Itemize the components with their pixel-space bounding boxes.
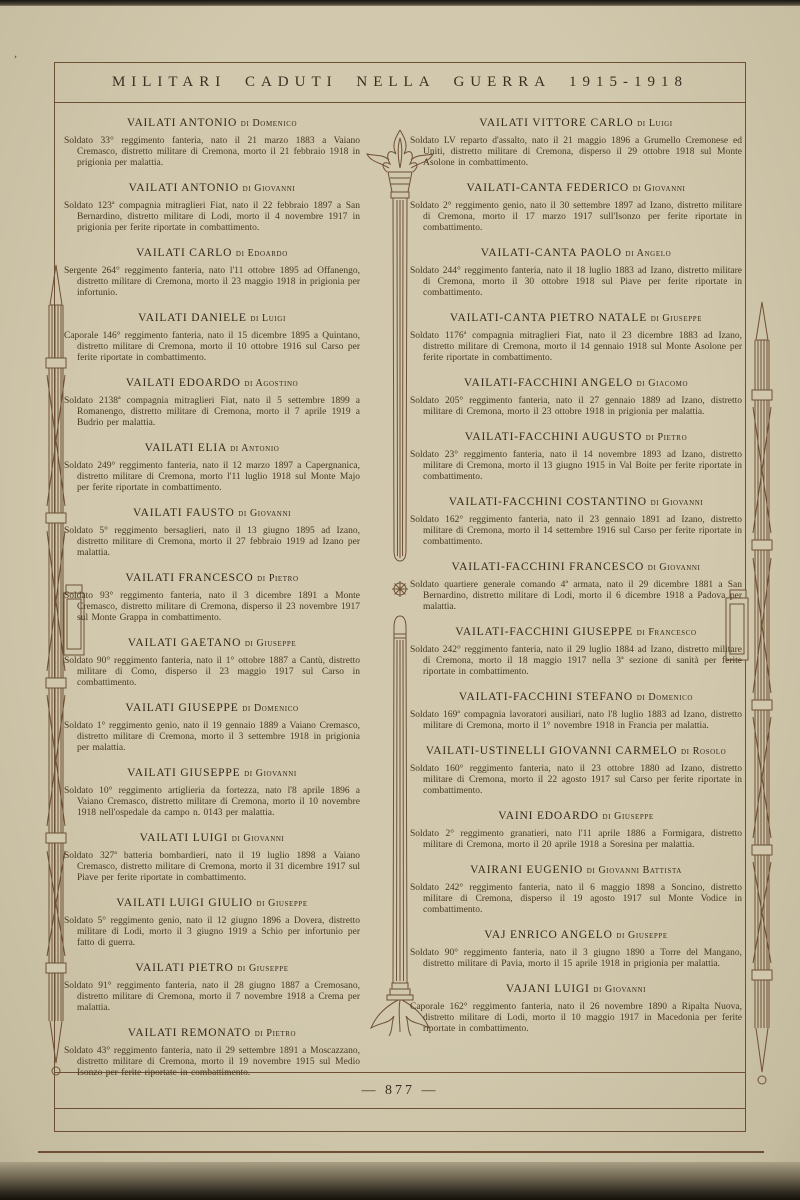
soldier-name-heading: VAILATI-FACCHINI AUGUSTO di Pietro — [410, 431, 742, 443]
soldier-name: VAJ ENRICO ANGELO — [484, 929, 612, 941]
soldier-father-name: di Domenico — [242, 703, 298, 714]
soldier-record-text: Soldato 10° reggimento artiglieria da fo… — [64, 786, 360, 819]
soldier-record-text: Soldato 162° reggimento fanteria, nato i… — [410, 515, 742, 548]
soldier-name: VAILATI EDOARDO — [126, 377, 241, 389]
soldier-name-heading: VAINI EDOARDO di Giuseppe — [410, 810, 742, 822]
soldier-name: VAILATI-FACCHINI AUGUSTO — [465, 431, 642, 443]
soldier-record-text: Soldato 90° reggimento fanteria, nato il… — [64, 656, 360, 689]
soldier-entry: VAINI EDOARDO di Giuseppe Soldato 2° reg… — [410, 810, 742, 851]
soldier-entry: VAJ ENRICO ANGELO di Giuseppe Soldato 90… — [410, 929, 742, 970]
soldier-father-name: di Giovanni — [232, 833, 285, 844]
soldier-record-text: Soldato 1° reggimento genio, nato il 19 … — [64, 721, 360, 754]
soldier-entry: VAILATI-USTINELLI GIOVANNI CARMELO di Ro… — [410, 745, 742, 797]
soldier-name: VAILATI GIUSEPPE — [127, 767, 240, 779]
soldier-entry: VAILATI-FACCHINI STEFANO di Domenico Sol… — [410, 691, 742, 732]
soldier-name-heading: VAILATI-CANTA PAOLO di Angelo — [410, 247, 742, 259]
soldier-father-name: di Giovanni — [651, 497, 704, 508]
soldier-name: VAILATI VITTORE CARLO — [479, 117, 633, 129]
soldier-father-name: di Giovanni Battista — [587, 865, 682, 876]
scan-bottom-edge — [0, 1162, 800, 1200]
soldier-record-text: Sergente 264° reggimento fanteria, nato … — [64, 266, 360, 299]
soldier-name-heading: VAILATI-CANTA FEDERICO di Giovanni — [410, 182, 742, 194]
soldier-record-text: Soldato 5° reggimento genio, nato il 12 … — [64, 916, 360, 949]
soldier-father-name: di Pietro — [257, 573, 298, 584]
soldier-entry: VAILATI EDOARDO di Agostino Soldato 2138… — [64, 377, 360, 429]
soldier-entry: VAIRANI EUGENIO di Giovanni Battista Sol… — [410, 864, 742, 916]
soldier-name-heading: VAIRANI EUGENIO di Giovanni Battista — [410, 864, 742, 876]
soldier-entry: VAILATI-FACCHINI GIUSEPPE di Francesco S… — [410, 626, 742, 678]
soldier-father-name: di Luigi — [637, 118, 673, 129]
soldier-record-text: Soldato 93° reggimento fanteria, nato il… — [64, 591, 360, 624]
soldier-record-text: Soldato 242° reggimento fanteria, nato i… — [410, 645, 742, 678]
soldier-name-heading: VAILATI VITTORE CARLO di Luigi — [410, 117, 742, 129]
soldier-record-text: Soldato 249° reggimento fanteria, nato i… — [64, 461, 360, 494]
soldier-record-text: Soldato 2138ª compagnia mitraglieri Fiat… — [64, 396, 360, 429]
upper-shaft-icon — [393, 198, 407, 561]
soldier-name-heading: VAILATI EDOARDO di Agostino — [64, 377, 360, 389]
torch-cup-icon — [388, 172, 412, 198]
page-title: MILITARI CADUTI NELLA GUERRA 1915-1918 — [112, 74, 688, 91]
rosette-icon — [392, 581, 408, 597]
soldier-record-text: Soldato LV reparto d'assalto, nato il 21… — [410, 136, 742, 169]
soldier-name: VAINI EDOARDO — [498, 810, 599, 822]
soldier-name-heading: VAILATI-FACCHINI FRANCESCO di Giovanni — [410, 561, 742, 573]
soldier-record-text: Caporale 162° reggimento fanteria, nato … — [410, 1002, 742, 1035]
soldier-record-text: Caporale 146° reggimento fanteria, nato … — [64, 331, 360, 364]
soldier-entry: VAILATI CARLO di Edoardo Sergente 264° r… — [64, 247, 360, 299]
soldier-father-name: di Pietro — [255, 1028, 296, 1039]
soldier-record-text: Soldato quartiere generale comando 4ª ar… — [410, 580, 742, 613]
soldier-father-name: di Antonio — [230, 443, 279, 454]
soldier-father-name: di Giovanni — [238, 508, 291, 519]
soldier-father-name: di Giovanni — [244, 768, 297, 779]
soldier-record-text: Soldato 5° reggimento bersaglieri, nato … — [64, 526, 360, 559]
header-band: MILITARI CADUTI NELLA GUERRA 1915-1918 — [55, 63, 745, 103]
soldier-name: VAILATI-FACCHINI STEFANO — [459, 691, 633, 703]
soldier-father-name: di Giovanni — [633, 183, 686, 194]
soldier-entry: VAILATI GAETANO di Giuseppe Soldato 90° … — [64, 637, 360, 689]
soldier-name: VAILATI DANIELE — [138, 312, 247, 324]
soldier-name-heading: VAILATI-FACCHINI GIUSEPPE di Francesco — [410, 626, 742, 638]
soldier-father-name: di Luigi — [250, 313, 286, 324]
soldier-name: VAILATI FAUSTO — [133, 507, 235, 519]
soldier-father-name: di Giuseppe — [237, 963, 288, 974]
soldier-name-heading: VAILATI LUIGI GIULIO di Giuseppe — [64, 897, 360, 909]
soldier-name: VAILATI LUIGI — [140, 832, 228, 844]
soldier-father-name: di Domenico — [241, 118, 297, 129]
soldier-record-text: Soldato 169ª compagnia lavoratori ausili… — [410, 710, 742, 732]
soldier-name: VAIRANI EUGENIO — [470, 864, 583, 876]
soldier-record-text: Soldato 244° reggimento fanteria, nato i… — [410, 266, 742, 299]
soldier-father-name: di Agostino — [244, 378, 298, 389]
soldier-name: VAILATI ANTONIO — [129, 182, 239, 194]
soldier-entry: VAILATI FAUSTO di Giovanni Soldato 5° re… — [64, 507, 360, 559]
soldier-name-heading: VAILATI-CANTA PIETRO NATALE di Giuseppe — [410, 312, 742, 324]
soldier-name-heading: VAILATI FRANCESCO di Pietro — [64, 572, 360, 584]
soldier-entry: VAILATI-CANTA PAOLO di Angelo Soldato 24… — [410, 247, 742, 299]
outer-bottom-rule — [38, 1151, 764, 1153]
soldier-entry: VAILATI-FACCHINI ANGELO di Giacomo Solda… — [410, 377, 742, 418]
soldier-entry: VAILATI ANTONIO di Giovanni Soldato 123ª… — [64, 182, 360, 234]
soldier-record-text: Soldato 1176ª compagnia mitraglieri Fiat… — [410, 331, 742, 364]
soldier-entry: VAILATI FRANCESCO di Pietro Soldato 93° … — [64, 572, 360, 624]
soldier-name: VAILATI ELIA — [145, 442, 227, 454]
soldier-name-heading: VAJ ENRICO ANGELO di Giuseppe — [410, 929, 742, 941]
soldier-record-text: Soldato 2° reggimento granatieri, nato l… — [410, 829, 742, 851]
soldier-name-heading: VAILATI ANTONIO di Domenico — [64, 117, 360, 129]
soldier-name: VAILATI GAETANO — [128, 637, 241, 649]
soldier-name: VAILATI GIUSEPPE — [125, 702, 238, 714]
soldier-entry: VAILATI-CANTA FEDERICO di Giovanni Solda… — [410, 182, 742, 234]
soldier-name-heading: VAILATI-USTINELLI GIOVANNI CARMELO di Ro… — [410, 745, 742, 757]
soldier-entry: VAILATI PIETRO di Giuseppe Soldato 91° r… — [64, 962, 360, 1014]
soldier-name-heading: VAILATI FAUSTO di Giovanni — [64, 507, 360, 519]
soldier-name-heading: VAILATI-FACCHINI COSTANTINO di Giovanni — [410, 496, 742, 508]
soldier-entry: VAILATI ANTONIO di Domenico Soldato 33° … — [64, 117, 360, 169]
soldier-father-name: di Angelo — [626, 248, 672, 259]
soldier-record-text: Soldato 327ª batteria bombardieri, nato … — [64, 851, 360, 884]
soldier-father-name: di Giuseppe — [651, 313, 702, 324]
soldier-name-heading: VAILATI GIUSEPPE di Domenico — [64, 702, 360, 714]
soldier-father-name: di Giuseppe — [245, 638, 296, 649]
soldier-name-heading: VAILATI ANTONIO di Giovanni — [64, 182, 360, 194]
soldier-entry: VAILATI ELIA di Antonio Soldato 249° reg… — [64, 442, 360, 494]
soldier-name-heading: VAILATI PIETRO di Giuseppe — [64, 962, 360, 974]
soldier-name: VAILATI LUIGI GIULIO — [116, 897, 253, 909]
soldier-name: VAILATI-CANTA FEDERICO — [467, 182, 629, 194]
soldier-name-heading: VAILATI GIUSEPPE di Giovanni — [64, 767, 360, 779]
soldier-father-name: di Francesco — [637, 627, 697, 638]
scanned-book-page: { "page": { "title": "MILITARI CADUTI NE… — [0, 0, 800, 1200]
soldier-name: VAILATI FRANCESCO — [125, 572, 253, 584]
page-number: — 877 — — [362, 1083, 439, 1099]
lower-shaft-icon — [393, 616, 407, 983]
soldier-name: VAILATI-USTINELLI GIOVANNI CARMELO — [426, 745, 678, 757]
soldier-father-name: di Domenico — [637, 692, 693, 703]
soldier-father-name: di Giuseppe — [256, 898, 307, 909]
scan-top-edge — [0, 0, 800, 6]
soldier-entry: VAILATI-CANTA PIETRO NATALE di Giuseppe … — [410, 312, 742, 364]
soldier-name: VAILATI PIETRO — [135, 962, 233, 974]
soldier-name-heading: VAILATI REMONATO di Pietro — [64, 1027, 360, 1039]
soldier-name: VAILATI-FACCHINI ANGELO — [464, 377, 633, 389]
soldier-father-name: di Giovanni — [648, 562, 701, 573]
soldier-father-name: di Giuseppe — [602, 811, 653, 822]
soldier-record-text: Soldato 90° reggimento fanteria, nato il… — [410, 948, 742, 970]
soldier-entry: VAILATI VITTORE CARLO di Luigi Soldato L… — [410, 117, 742, 169]
soldier-entry: VAILATI DANIELE di Luigi Caporale 146° r… — [64, 312, 360, 364]
soldier-entry: VAILATI-FACCHINI AUGUSTO di Pietro Solda… — [410, 431, 742, 483]
soldier-entry: VAILATI GIUSEPPE di Domenico Soldato 1° … — [64, 702, 360, 754]
soldier-name: VAILATI CARLO — [136, 247, 232, 259]
soldier-name: VAILATI-FACCHINI GIUSEPPE — [455, 626, 633, 638]
soldier-father-name: di Rosolo — [681, 746, 726, 757]
soldier-entry: VAILATI LUIGI GIULIO di Giuseppe Soldato… — [64, 897, 360, 949]
soldier-name-heading: VAILATI CARLO di Edoardo — [64, 247, 360, 259]
soldier-record-text: Soldato 123ª compagnia mitraglieri Fiat,… — [64, 201, 360, 234]
soldier-father-name: di Pietro — [646, 432, 687, 443]
soldier-father-name: di Giuseppe — [616, 930, 667, 941]
soldier-record-text: Soldato 205° reggimento fanteria, nato i… — [410, 396, 742, 418]
soldier-record-text: Soldato 33° reggimento fanteria, nato il… — [64, 136, 360, 169]
soldier-name-heading: VAILATI-FACCHINI STEFANO di Domenico — [410, 691, 742, 703]
soldier-entry: VAJANI LUIGI di Giovanni Caporale 162° r… — [410, 983, 742, 1035]
soldier-entry: VAILATI GIUSEPPE di Giovanni Soldato 10°… — [64, 767, 360, 819]
soldier-father-name: di Giovanni — [243, 183, 296, 194]
soldier-record-text: Soldato 91° reggimento fanteria, nato il… — [64, 981, 360, 1014]
soldier-name: VAJANI LUIGI — [506, 983, 590, 995]
left-column: VAILATI ANTONIO di Domenico Soldato 33° … — [64, 117, 360, 1092]
soldier-name-heading: VAJANI LUIGI di Giovanni — [410, 983, 742, 995]
soldier-name: VAILATI-FACCHINI FRANCESCO — [451, 561, 644, 573]
soldier-name-heading: VAILATI GAETANO di Giuseppe — [64, 637, 360, 649]
soldier-name: VAILATI-CANTA PAOLO — [481, 247, 622, 259]
soldier-father-name: di Edoardo — [236, 248, 288, 259]
right-column: VAILATI VITTORE CARLO di Luigi Soldato L… — [410, 117, 742, 1048]
soldier-name: VAILATI-CANTA PIETRO NATALE — [450, 312, 647, 324]
soldier-entry: VAILATI-FACCHINI COSTANTINO di Giovanni … — [410, 496, 742, 548]
soldier-record-text: Soldato 2° reggimento genio, nato il 30 … — [410, 201, 742, 234]
soldier-name: VAILATI-FACCHINI COSTANTINO — [449, 496, 647, 508]
soldier-entry: VAILATI LUIGI di Giovanni Soldato 327ª b… — [64, 832, 360, 884]
scan-artifact-mark: ’ — [12, 54, 18, 67]
soldier-name: VAILATI ANTONIO — [127, 117, 237, 129]
soldier-record-text: Soldato 43° reggimento fanteria, nato il… — [64, 1046, 360, 1079]
soldier-entry: VAILATI-FACCHINI FRANCESCO di Giovanni S… — [410, 561, 742, 613]
soldier-father-name: di Giovanni — [593, 984, 646, 995]
soldier-father-name: di Giacomo — [637, 378, 689, 389]
soldier-name: VAILATI REMONATO — [128, 1027, 251, 1039]
soldier-name-heading: VAILATI DANIELE di Luigi — [64, 312, 360, 324]
soldier-record-text: Soldato 23° reggimento fanteria, nato il… — [410, 450, 742, 483]
soldier-record-text: Soldato 242° reggimento fanteria, nato i… — [410, 883, 742, 916]
soldier-record-text: Soldato 160° reggimento fanteria, nato i… — [410, 764, 742, 797]
soldier-entry: VAILATI REMONATO di Pietro Soldato 43° r… — [64, 1027, 360, 1079]
soldier-name-heading: VAILATI ELIA di Antonio — [64, 442, 360, 454]
soldier-name-heading: VAILATI-FACCHINI ANGELO di Giacomo — [410, 377, 742, 389]
soldier-name-heading: VAILATI LUIGI di Giovanni — [64, 832, 360, 844]
